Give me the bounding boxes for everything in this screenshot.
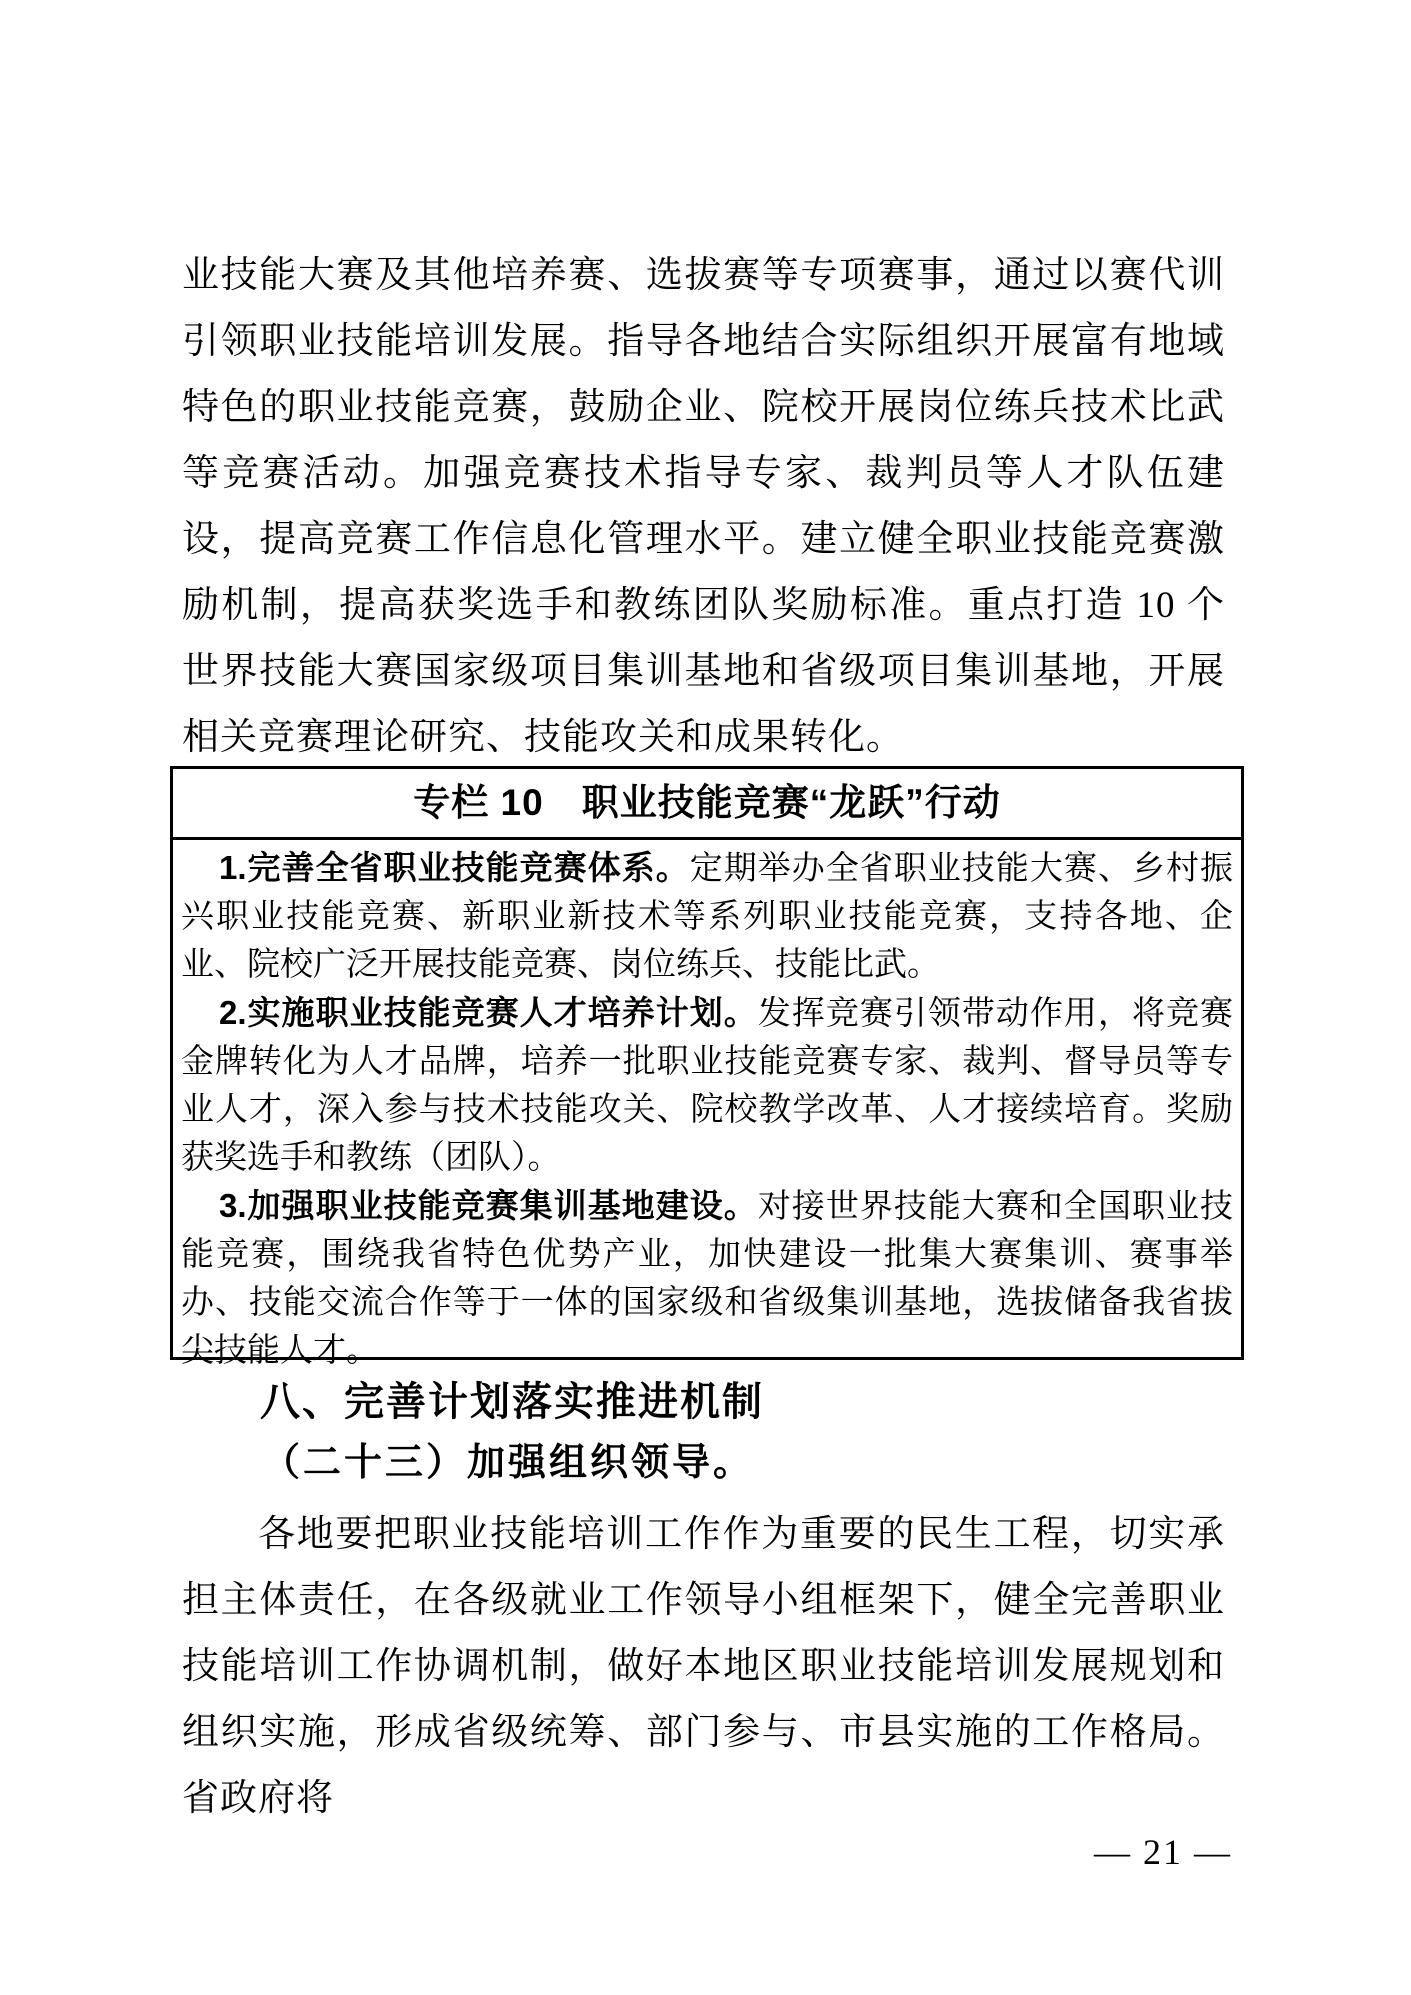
box-item-1-lead: 1.完善全省职业技能竞赛体系。	[219, 849, 690, 886]
special-column-box: 专栏 10 职业技能竞赛“龙跃”行动 1.完善全省职业技能竞赛体系。定期举办全省…	[170, 766, 1244, 1360]
box-item-2-lead: 2.实施职业技能竞赛人才培养计划。	[219, 994, 758, 1031]
box-item-3: 3.加强职业技能竞赛集训基地建设。对接世界技能大赛和全国职业技能竞赛，围绕我省特…	[181, 1182, 1233, 1375]
document-page: 业技能大赛及其他培养赛、选拔赛等专项赛事，通过以赛代训引领职业技能培训发展。指导…	[0, 0, 1411, 1995]
box-item-2: 2.实施职业技能竞赛人才培养计划。发挥竞赛引领带动作用，将竞赛金牌转化为人才品牌…	[181, 989, 1233, 1182]
page-number: — 21 —	[1094, 1830, 1232, 1874]
box-item-1: 1.完善全省职业技能竞赛体系。定期举办全省职业技能大赛、乡村振兴职业技能竞赛、新…	[181, 844, 1233, 989]
intro-paragraph: 业技能大赛及其他培养赛、选拔赛等专项赛事，通过以赛代训引领职业技能培训发展。指导…	[182, 243, 1225, 771]
sub-heading: （二十三）加强组织领导。	[182, 1436, 1225, 1490]
column-box-title: 专栏 10 职业技能竞赛“龙跃”行动	[173, 769, 1241, 840]
closing-paragraph: 各地要把职业技能培训工作作为重要的民生工程，切实承担主体责任，在各级就业工作领导…	[182, 1502, 1225, 1832]
box-item-3-lead: 3.加强职业技能竞赛集训基地建设。	[219, 1187, 758, 1224]
section-heading: 八、完善计划落实推进机制	[182, 1374, 1225, 1430]
column-box-body: 1.完善全省职业技能竞赛体系。定期举办全省职业技能大赛、乡村振兴职业技能竞赛、新…	[173, 840, 1241, 1375]
